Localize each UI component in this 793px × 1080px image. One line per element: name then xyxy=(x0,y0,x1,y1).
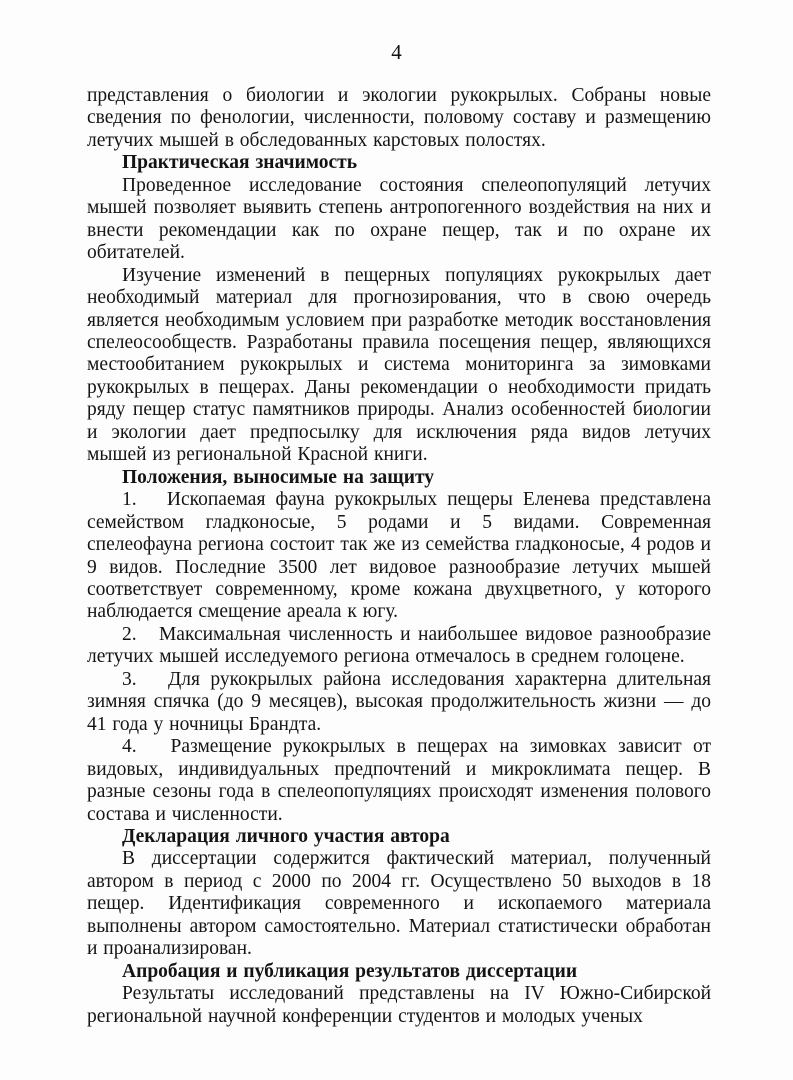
document-page: 4 представления о биологии и экологии ру… xyxy=(0,0,793,1080)
section-heading: Апробация и публикация результатов диссе… xyxy=(87,961,711,983)
paragraph: 2. Максимальная численность и наибольшее… xyxy=(87,624,711,669)
section-heading: Декларация личного участия автора xyxy=(87,826,711,848)
paragraph: Проведенное исследование состояния спеле… xyxy=(87,175,711,265)
paragraph: 1. Ископаемая фауна рукокрылых пещеры Ел… xyxy=(87,489,711,624)
text-block: представления о биологии и экологии руко… xyxy=(87,85,711,1028)
section-heading: Практическая значимость xyxy=(87,152,711,174)
paragraph: представления о биологии и экологии руко… xyxy=(87,85,711,152)
paragraph: 4. Размещение рукокрылых в пещерах на зи… xyxy=(87,736,711,826)
paragraph: Результаты исследований представлены на … xyxy=(87,983,711,1028)
paragraph: В диссертации содержится фактический мат… xyxy=(87,848,711,960)
section-heading: Положения, выносимые на защиту xyxy=(87,467,711,489)
page-number: 4 xyxy=(0,40,793,64)
paragraph: Изучение изменений в пещерных популяциях… xyxy=(87,265,711,467)
paragraph: 3. Для рукокрылых района исследования ха… xyxy=(87,669,711,736)
